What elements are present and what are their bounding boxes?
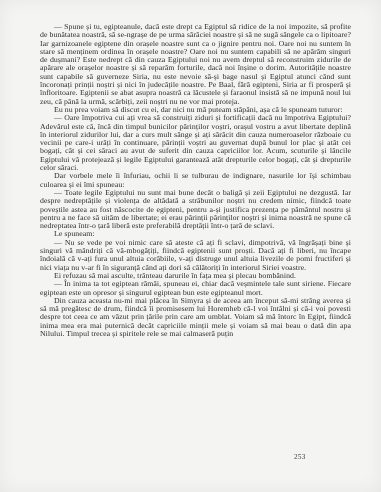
paragraph: — Nu se vede pe voi nimic care să ateste…: [40, 239, 351, 272]
paragraph: — Toate legile Egiptului nu sunt mai bun…: [40, 189, 351, 230]
paragraph: — Spune și tu, egipteanule, dacă este dr…: [40, 23, 351, 106]
text-block: — Spune și tu, egipteanule, dacă este dr…: [40, 23, 351, 338]
paragraph: — În inima ta tot egiptean rămâi, spunea…: [40, 280, 351, 297]
paragraph: — Oare împotriva cui ați vrea să constru…: [40, 114, 351, 172]
book-page: — Spune și tu, egipteanule, dacă este dr…: [0, 0, 381, 492]
paragraph: Din cauza aceasta nu-mi mai plăcea în Si…: [40, 297, 351, 338]
page-number: 253: [294, 453, 306, 461]
paragraph: Dar vorbele mele îi înfuriau, ochii li s…: [40, 172, 351, 189]
